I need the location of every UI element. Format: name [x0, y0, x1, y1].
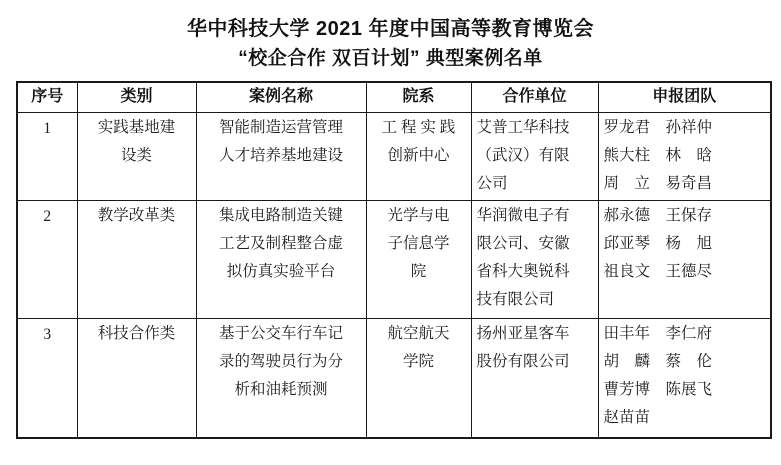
- cell-case-name: 智能制造运营管理人才培养基地建设: [196, 112, 366, 200]
- header-partner: 合作单位: [471, 82, 598, 112]
- cell-team: 罗龙君 孙祥仲熊大柱 林 晗周 立 易奇昌: [598, 112, 771, 200]
- cell-partner: 扬州亚星客车股份有限公司: [471, 318, 598, 438]
- cell-team: 郝永德 王保存邱亚琴 杨 旭祖良文 王德尽: [598, 200, 771, 318]
- cell-partner: 华润微电子有限公司、安徽省科大奥锐科技有限公司: [471, 200, 598, 318]
- table-row: 2 教学改革类 集成电路制造关键工艺及制程整合虚拟仿真实验平台 光学与电子信息学…: [17, 200, 771, 318]
- cell-serial: 3: [17, 318, 77, 438]
- header-department: 院系: [366, 82, 471, 112]
- cell-category: 教学改革类: [77, 200, 196, 318]
- cell-category: 实践基地建设类: [77, 112, 196, 200]
- document-subtitle: “校企合作 双百计划” 典型案例名单: [0, 44, 781, 73]
- cell-partner: 艾普工华科技（武汉）有限公司: [471, 112, 598, 200]
- document-title: 华中科技大学 2021 年度中国高等教育博览会: [0, 14, 781, 44]
- header-category: 类别: [77, 82, 196, 112]
- cell-department: 光学与电子信息学院: [366, 200, 471, 318]
- document-page: 华中科技大学 2021 年度中国高等教育博览会 “校企合作 双百计划” 典型案例…: [0, 0, 781, 465]
- table-row: 1 实践基地建设类 智能制造运营管理人才培养基地建设 工 程 实 践创新中心 艾…: [17, 112, 771, 200]
- header-team: 申报团队: [598, 82, 771, 112]
- cell-category: 科技合作类: [77, 318, 196, 438]
- header-case-name: 案例名称: [196, 82, 366, 112]
- header-serial: 序号: [17, 82, 77, 112]
- cell-serial: 1: [17, 112, 77, 200]
- cell-serial: 2: [17, 200, 77, 318]
- table-row: 3 科技合作类 基于公交车行车记录的驾驶员行为分析和油耗预测 航空航天学院 扬州…: [17, 318, 771, 438]
- cell-department: 工 程 实 践创新中心: [366, 112, 471, 200]
- title-block: 华中科技大学 2021 年度中国高等教育博览会 “校企合作 双百计划” 典型案例…: [0, 14, 781, 73]
- case-list-table: 序号 类别 案例名称 院系 合作单位 申报团队 1 实践基地建设类 智能制造运营…: [16, 81, 772, 439]
- cell-case-name: 基于公交车行车记录的驾驶员行为分析和油耗预测: [196, 318, 366, 438]
- cell-team: 田丰年 李仁府胡 麟 蔡 伦曹芳博 陈展飞赵苗苗: [598, 318, 771, 438]
- table-header-row: 序号 类别 案例名称 院系 合作单位 申报团队: [17, 82, 771, 112]
- cell-case-name: 集成电路制造关键工艺及制程整合虚拟仿真实验平台: [196, 200, 366, 318]
- cell-department: 航空航天学院: [366, 318, 471, 438]
